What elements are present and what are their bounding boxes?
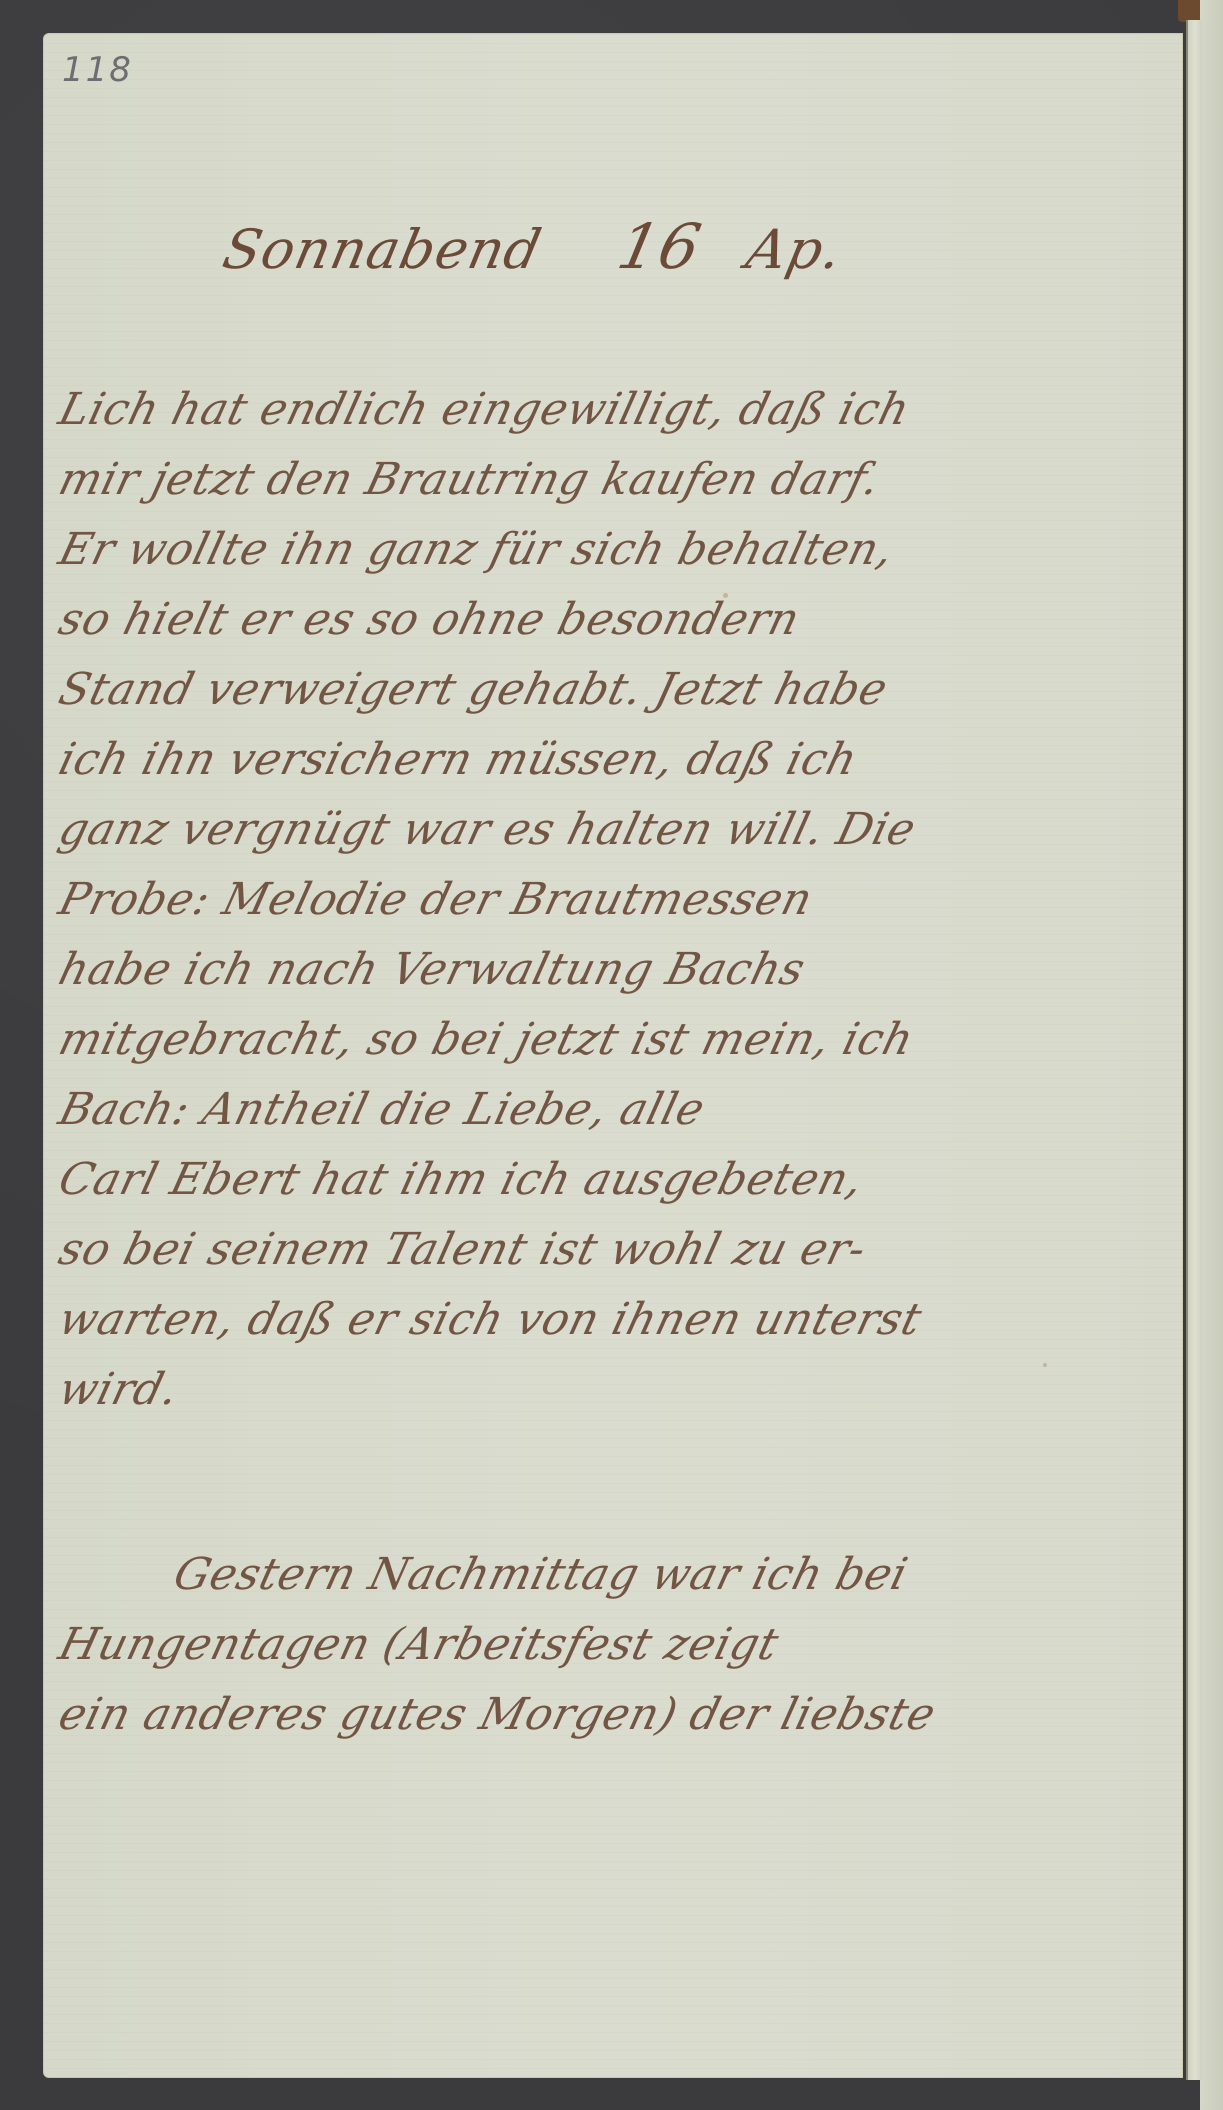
- text-line: ich ihn versichern müssen, daß ich: [51, 725, 1098, 795]
- text-line: Lich hat endlich eingewilligt, daß ich: [51, 375, 1098, 445]
- text-line: Stand verweigert gehabt. Jetzt habe: [51, 655, 1098, 725]
- heading-day: Sonnabend: [218, 218, 548, 281]
- adjacent-page-edge: [1200, 0, 1223, 2110]
- text-line: wird.: [51, 1355, 1098, 1425]
- text-line: ganz vergnügt war es halten will. Die: [51, 795, 1098, 865]
- text-line: mitgebracht, so bei jetzt ist mein, ich: [51, 1005, 1098, 1075]
- text-line: Probe: Melodie der Brautmessen: [51, 865, 1098, 935]
- text-line: mir jetzt den Brautring kaufen darf.: [51, 445, 1098, 515]
- heading-month: Ap.: [741, 218, 848, 281]
- folio-number: 118: [62, 50, 133, 90]
- text-line: Er wollte ihn ganz für sich behalten,: [51, 515, 1098, 585]
- text-line: Gestern Nachmittag war ich bei: [51, 1540, 1098, 1610]
- entry-heading: Sonnabend 16 Ap.: [217, 210, 850, 283]
- text-line: warten, daß er sich von ihnen unterst: [51, 1285, 1098, 1355]
- text-line: so bei seinem Talent ist wohl zu er-: [51, 1215, 1098, 1285]
- text-line: Hungentagen (Arbeitsfest zeigt: [51, 1610, 1098, 1680]
- paragraph-1: Lich hat endlich eingewilligt, daß ich m…: [60, 375, 1090, 1425]
- heading-date: 16: [612, 210, 708, 283]
- text-line: so hielt er es so ohne besondern: [51, 585, 1098, 655]
- text-line: Bach: Antheil die Liebe, alle: [51, 1075, 1098, 1145]
- text-line: Carl Ebert hat ihm ich ausgebeten,: [51, 1145, 1098, 1215]
- binding-gutter: [1186, 20, 1202, 2080]
- paragraph-2: Gestern Nachmittag war ich bei Hungentag…: [60, 1540, 1090, 1750]
- text-line: habe ich nach Verwaltung Bachs: [51, 935, 1098, 1005]
- text-line: ein anderes gutes Morgen) der liebste: [51, 1680, 1098, 1750]
